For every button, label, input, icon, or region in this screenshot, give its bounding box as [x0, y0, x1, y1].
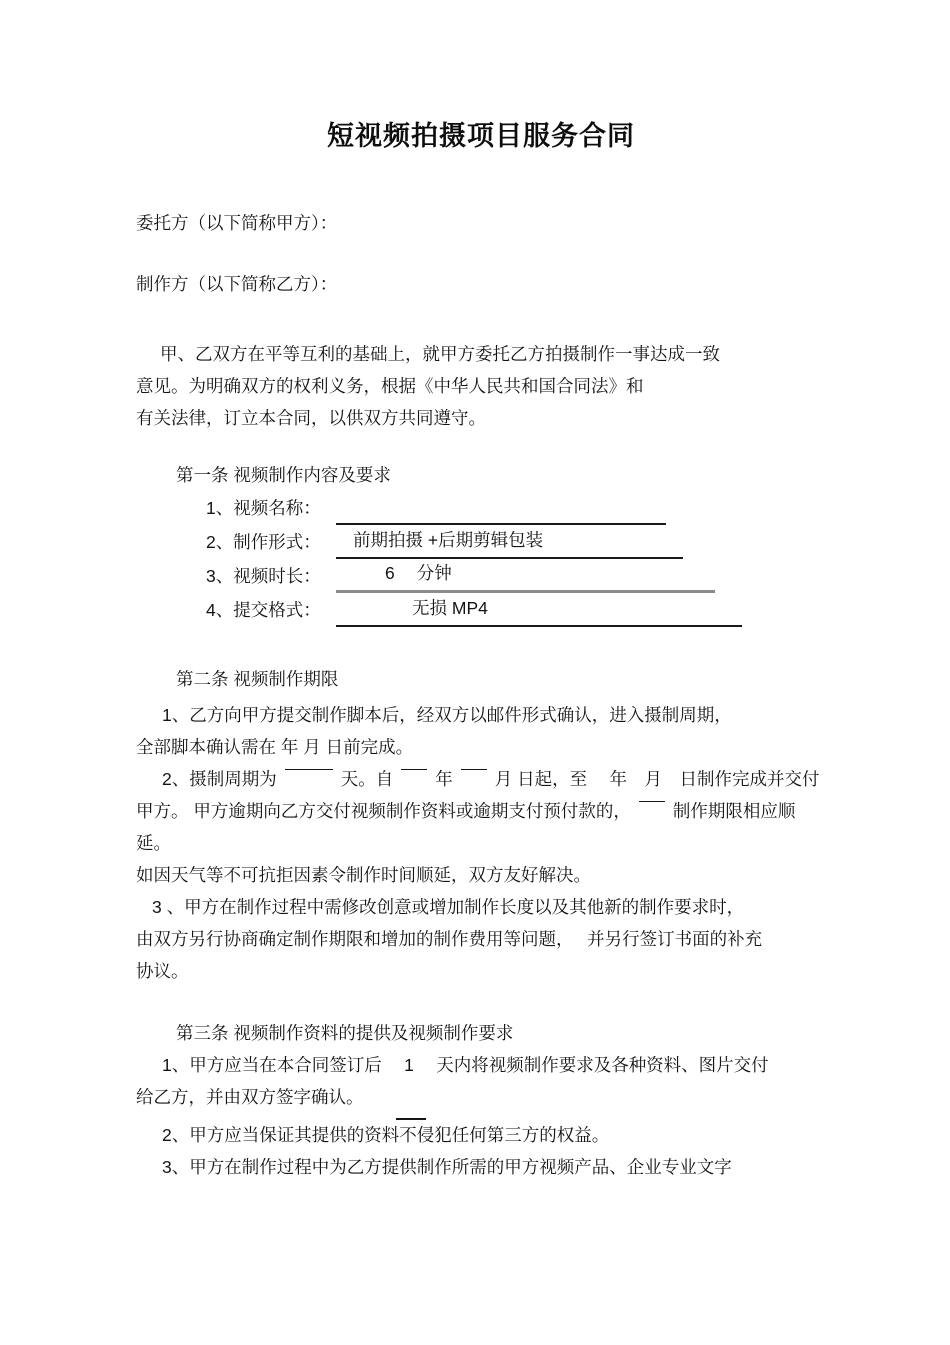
delivery-format-blank: 无损 MP4: [336, 591, 742, 627]
s2-clause2-line2-seg1: 甲方。 甲方逾期向乙方交付视频制作资料或逾期支付预付款的，: [136, 801, 631, 821]
preamble-line-2: 意见。为明确双方的权利义务，根据《中华人民共和国合同法》和: [136, 370, 826, 402]
section-3-heading: 第三条 视频制作资料的提供及视频制作要求: [136, 1017, 826, 1049]
video-duration-label: 3、视频时长：: [206, 559, 336, 593]
s3-clause2-post: 侵犯任何第三方的权益。: [417, 1125, 610, 1145]
s3-clause2-line: 2、甲方应当保证其提供的资料不侵犯任何第三方的权益。: [136, 1119, 826, 1151]
s2-clause3-line3: 协议。: [136, 955, 826, 987]
video-duration-row: 3、视频时长： 6分钟: [206, 559, 826, 593]
video-name-blank: [336, 489, 666, 525]
video-duration-value: 6: [385, 563, 395, 583]
video-name-row: 1、视频名称：: [206, 491, 826, 525]
contract-document: 短视频拍摄项目服务合同 委托方（以下简称甲方）： 制作方（以下简称乙方）： 甲、…: [0, 0, 950, 1345]
document-title: 短视频拍摄项目服务合同: [136, 118, 826, 154]
s2-clause2-seg2: 天。自: [341, 769, 394, 789]
s2-clause2-line1: 2、摄制周期为天。自年月 日起，至 年 月 日制作完成并交付: [136, 763, 826, 795]
section-2-body: 1、乙方向甲方提交制作脚本后，经双方以邮件形式确认，进入摄制周期， 全部脚本确认…: [136, 699, 826, 987]
section-1-heading: 第一条 视频制作内容及要求: [136, 459, 826, 491]
s2-clause2-line3: 如因天气等不可抗拒因素令制作时间顺延，双方友好解决。: [136, 859, 826, 891]
delivery-format-value: 无损 MP4: [412, 598, 488, 618]
video-duration-blank: 6分钟: [336, 556, 715, 593]
party-b-line: 制作方（以下简称乙方）：: [136, 268, 826, 300]
production-form-blank: 前期拍摄 +后期剪辑包装: [336, 523, 683, 559]
s3-clause2-overmarked-text: 不: [399, 1125, 417, 1145]
s3-clause2-pre: 2、甲方应当保证其提供的资料: [162, 1125, 399, 1145]
production-form-label: 2、制作形式：: [206, 525, 336, 559]
delivery-format-label: 4、提交格式：: [206, 593, 336, 627]
delivery-format-row: 4、提交格式： 无损 MP4: [206, 593, 826, 627]
section-3-body: 1、甲方应当在本合同签订后 1 天内将视频制作要求及各种资料、图片交付 给乙方，…: [136, 1049, 826, 1183]
s2-clause2-line2: 甲方。 甲方逾期向乙方交付视频制作资料或逾期支付预付款的，制作期限相应顺延。: [136, 795, 826, 859]
video-name-label: 1、视频名称：: [206, 491, 336, 525]
section-2-heading: 第二条 视频制作期限: [136, 663, 826, 695]
s2-clause1-line1: 1、乙方向甲方提交制作脚本后，经双方以邮件形式确认，进入摄制周期，: [136, 699, 826, 731]
video-duration-unit: 分钟: [417, 563, 452, 583]
section-1-items: 1、视频名称： 2、制作形式： 前期拍摄 +后期剪辑包装 3、视频时长： 6分钟…: [136, 491, 826, 627]
s2-clause2-seg1: 2、摄制周期为: [162, 769, 277, 789]
start-month-fill-blank: [461, 769, 487, 787]
s2-clause3-line2: 由双方另行协商确定制作期限和增加的制作费用等问题， 并另行签订书面的补充: [136, 923, 826, 955]
days-fill-blank: [285, 769, 333, 787]
s2-clause3-line1: 3 、甲方在制作过程中需修改创意或增加制作长度以及其他新的制作要求时，: [136, 891, 826, 923]
start-year-fill-blank: [401, 769, 427, 787]
s3-clause1-line1: 1、甲方应当在本合同签订后 1 天内将视频制作要求及各种资料、图片交付: [136, 1049, 826, 1081]
s3-clause3-line: 3、甲方在制作过程中为乙方提供制作所需的甲方视频产品、企业专业文字: [136, 1151, 826, 1183]
s2-clause2-seg3: 年: [435, 769, 453, 789]
s2-clause1-line2: 全部脚本确认需在 年 月 日前完成。: [136, 731, 826, 763]
postpone-fill-blank: [639, 801, 665, 819]
production-form-value: 前期拍摄 +后期剪辑包装: [353, 530, 543, 550]
production-form-row: 2、制作形式： 前期拍摄 +后期剪辑包装: [206, 525, 826, 559]
preamble: 甲、乙双方在平等互利的基础上，就甲方委托乙方拍摄制作一事达成一致 意见。为明确双…: [136, 338, 826, 434]
preamble-line-3: 有关法律，订立本合同，以供双方共同遵守。: [136, 402, 826, 434]
s3-clause1-line2: 给乙方，并由双方签字确认。: [136, 1081, 826, 1113]
s2-clause2-seg4: 月 日起，至 年 月 日制作完成并交付: [495, 769, 820, 789]
party-a-line: 委托方（以下简称甲方）：: [136, 207, 826, 239]
preamble-line-1: 甲、乙双方在平等互利的基础上，就甲方委托乙方拍摄制作一事达成一致: [136, 338, 826, 370]
